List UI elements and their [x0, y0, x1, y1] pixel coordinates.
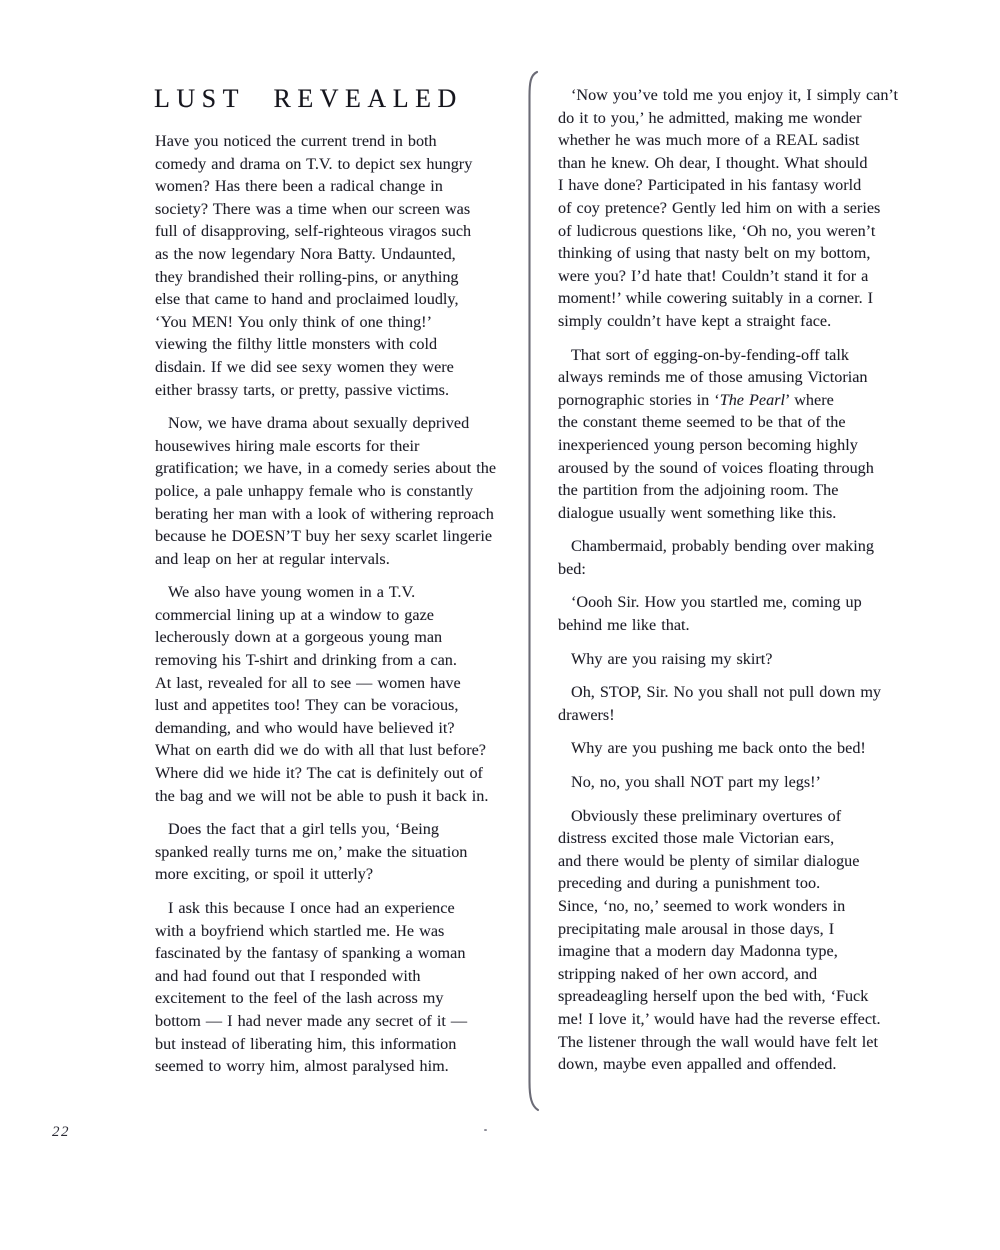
right-column: ‘Now you’ve told me you enjoy it, I simp… — [558, 84, 962, 1087]
left-column: Have you noticed the current trend in bo… — [155, 130, 539, 1089]
paragraph: Have you noticed the current trend in bo… — [155, 130, 539, 401]
text-segment: No, no, you shall NOT part my legs!’ — [571, 773, 821, 791]
scan-speck — [484, 1129, 487, 1131]
paragraph: ‘Now you’ve told me you enjoy it, I simp… — [558, 84, 962, 333]
paragraph: I ask this because I once had an experie… — [155, 897, 539, 1078]
paragraph: Obviously these preliminary overtures of… — [558, 805, 962, 1076]
text-segment: Does the fact that a girl tells you, ‘Be… — [155, 820, 467, 883]
text-segment: We also have young women in a T.V. comme… — [155, 583, 488, 804]
text-segment: Obviously these preliminary overtures of… — [558, 807, 881, 1074]
paragraph: Chambermaid, probably bending over makin… — [558, 535, 962, 580]
text-segment: ’ where the constant theme seemed to be … — [558, 391, 874, 522]
paragraph: Oh, STOP, Sir. No you shall not pull dow… — [558, 681, 962, 726]
text-segment: ‘Oooh Sir. How you startled me, coming u… — [558, 593, 862, 634]
text-segment: Have you noticed the current trend in bo… — [155, 132, 472, 399]
paragraph: We also have young women in a T.V. comme… — [155, 581, 539, 807]
paragraph: Why are you pushing me back onto the bed… — [558, 737, 962, 760]
text-segment: Why are you raising my skirt? — [571, 650, 772, 668]
paragraph: No, no, you shall NOT part my legs!’ — [558, 771, 962, 794]
paragraph: That sort of egging-on-by-fending-off ta… — [558, 344, 962, 525]
page-number: 22 — [52, 1124, 70, 1141]
text-segment: Now, we have drama about sexually depriv… — [155, 414, 496, 568]
paragraph: ‘Oooh Sir. How you startled me, coming u… — [558, 591, 962, 636]
paragraph: Why are you raising my skirt? — [558, 648, 962, 671]
text-segment: Why are you pushing me back onto the bed… — [571, 739, 866, 757]
text-segment: ‘Now you’ve told me you enjoy it, I simp… — [558, 86, 898, 330]
text-segment: Chambermaid, probably bending over makin… — [558, 537, 874, 578]
page-title: LUST REVEALED — [154, 84, 463, 114]
paragraph: Does the fact that a girl tells you, ‘Be… — [155, 818, 539, 886]
book-page: LUST REVEALED Have you noticed the curre… — [0, 0, 1000, 1250]
text-segment: I ask this because I once had an experie… — [155, 899, 467, 1075]
text-segment: Oh, STOP, Sir. No you shall not pull dow… — [558, 683, 881, 724]
paragraph: Now, we have drama about sexually depriv… — [155, 412, 539, 570]
italic-text-segment: The Pearl — [720, 391, 785, 409]
